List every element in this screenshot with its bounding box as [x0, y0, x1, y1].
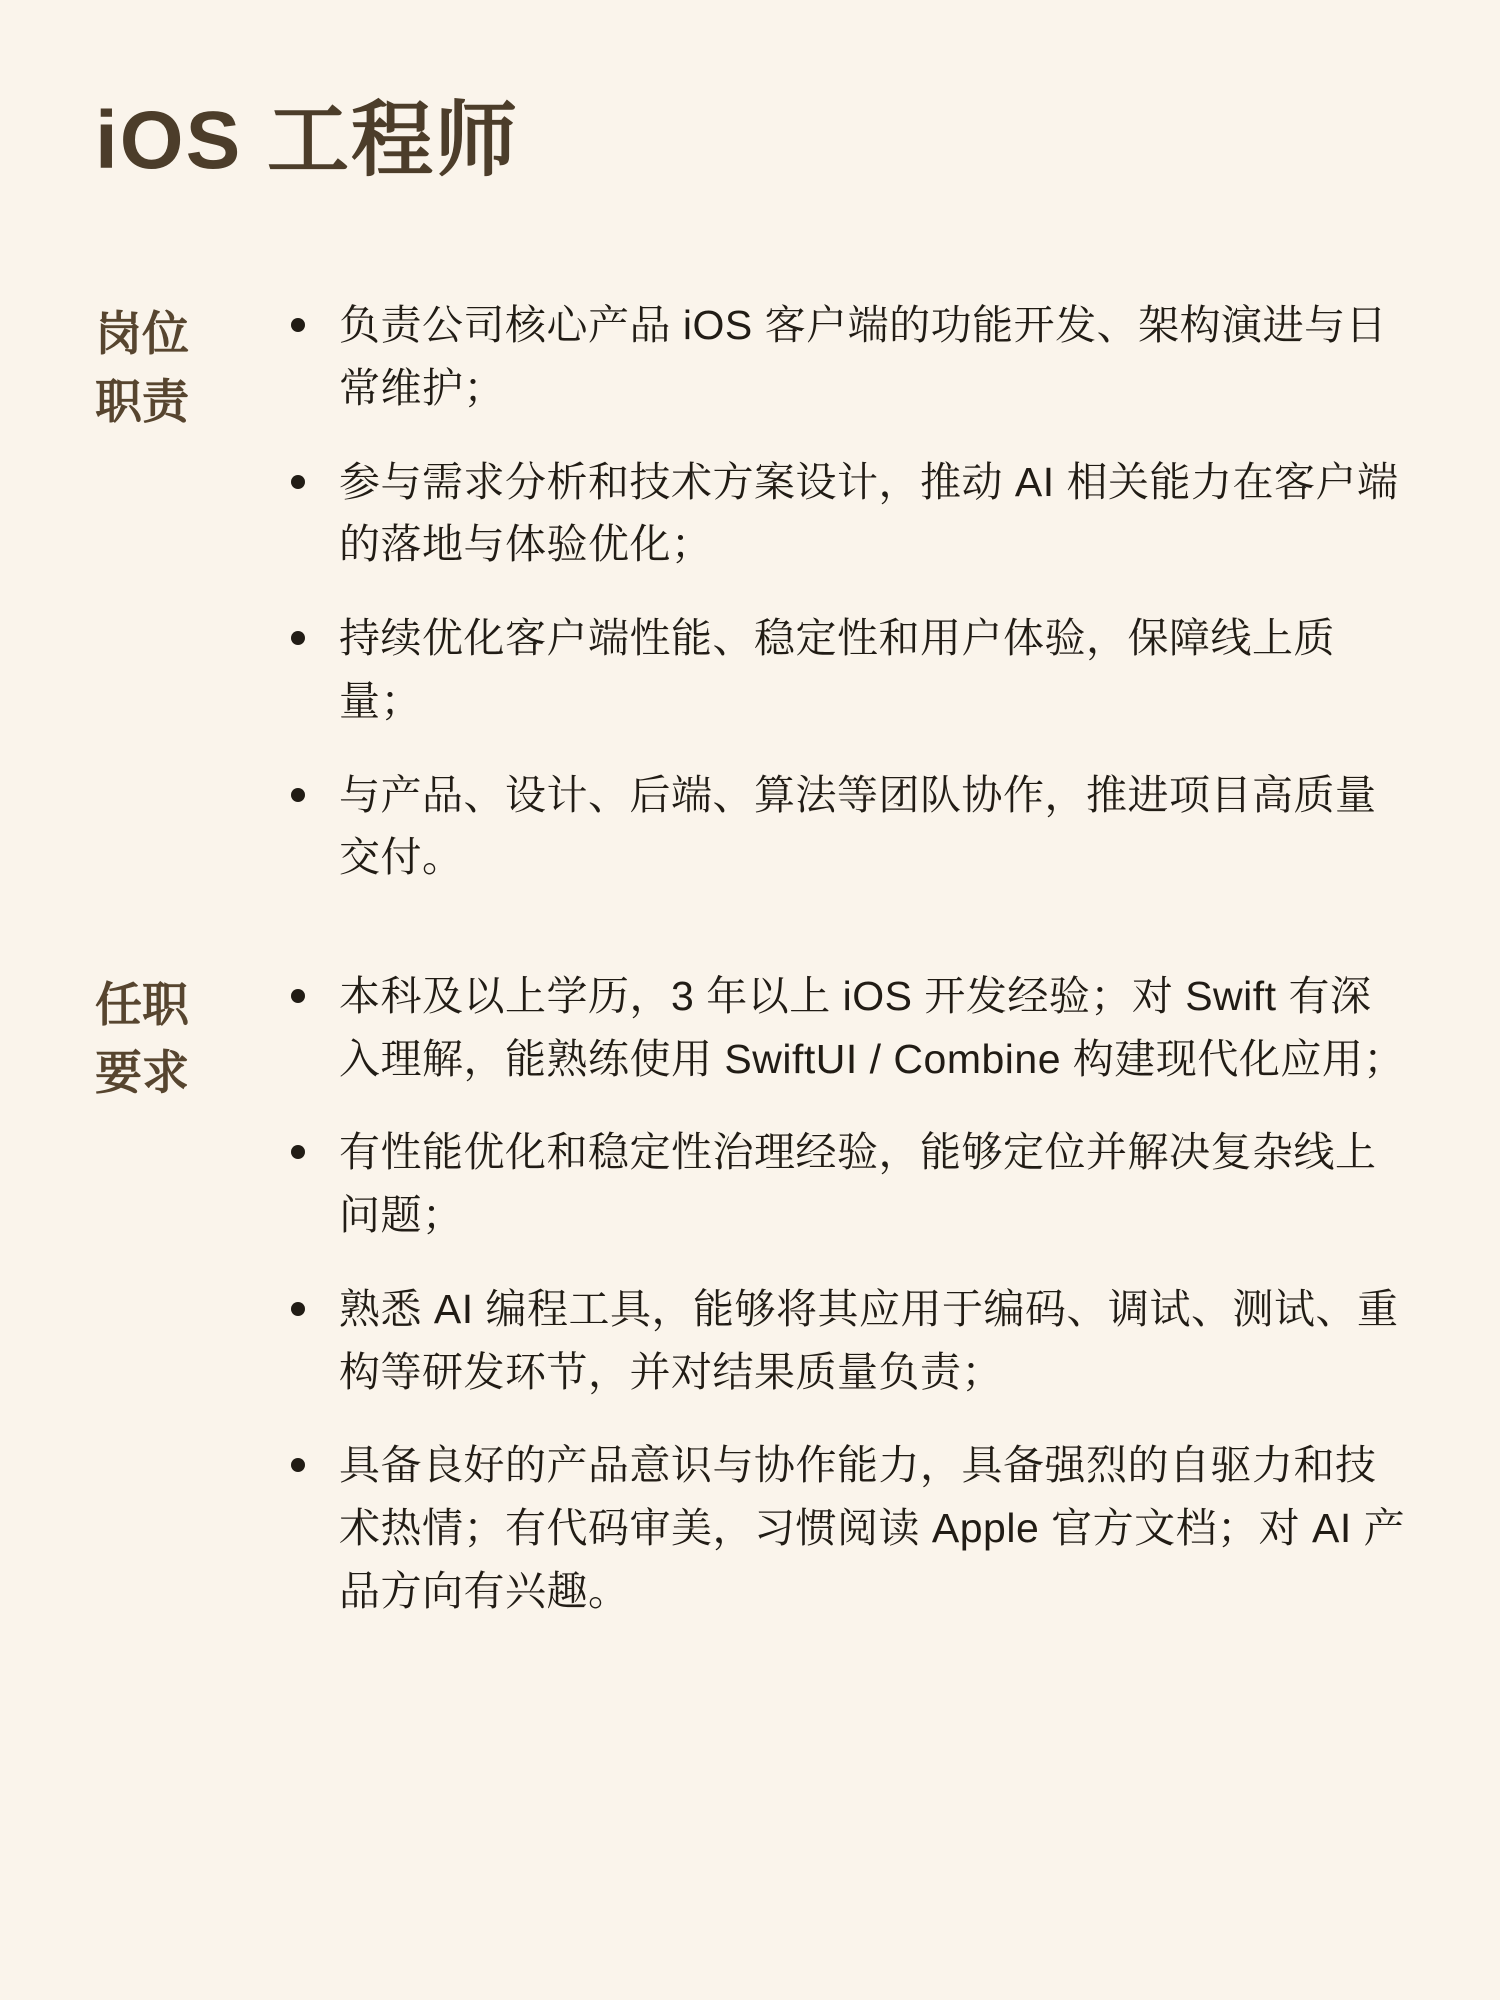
list-item: 持续优化客户端性能、稳定性和用户体验，保障线上质量；: [287, 607, 1407, 732]
responsibilities-list: 负责公司核心产品 iOS 客户端的功能开发、架构演进与日常维护； 参与需求分析和…: [287, 294, 1407, 889]
list-item: 有性能优化和稳定性治理经验，能够定位并解决复杂线上问题；: [287, 1121, 1407, 1246]
section-label-line: 职责: [95, 368, 287, 436]
list-item: 具备良好的产品意识与协作能力，具备强烈的自驱力和技术热情；有代码审美，习惯阅读 …: [287, 1434, 1407, 1622]
requirements-list: 本科及以上学历，3 年以上 iOS 开发经验；对 Swift 有深入理解，能熟练…: [287, 965, 1407, 1622]
section-requirements: 任职 要求 本科及以上学历，3 年以上 iOS 开发经验；对 Swift 有深入…: [95, 965, 1430, 1622]
section-label-line: 岗位: [95, 300, 287, 368]
section-responsibilities: 岗位 职责 负责公司核心产品 iOS 客户端的功能开发、架构演进与日常维护； 参…: [95, 294, 1430, 889]
list-item: 参与需求分析和技术方案设计，推动 AI 相关能力在客户端的落地与体验优化；: [287, 451, 1407, 576]
list-item: 负责公司核心产品 iOS 客户端的功能开发、架构演进与日常维护；: [287, 294, 1407, 419]
list-item: 与产品、设计、后端、算法等团队协作，推进项目高质量交付。: [287, 764, 1407, 889]
list-item: 熟悉 AI 编程工具，能够将其应用于编码、调试、测试、重构等研发环节，并对结果质…: [287, 1278, 1407, 1403]
job-posting-page: iOS 工程师 岗位 职责 负责公司核心产品 iOS 客户端的功能开发、架构演进…: [0, 0, 1500, 2000]
section-label-line: 要求: [95, 1039, 287, 1107]
page-title: iOS 工程师: [95, 96, 1430, 186]
section-label-responsibilities: 岗位 职责: [95, 294, 287, 436]
list-item: 本科及以上学历，3 年以上 iOS 开发经验；对 Swift 有深入理解，能熟练…: [287, 965, 1407, 1090]
section-label-line: 任职: [95, 971, 287, 1039]
section-label-requirements: 任职 要求: [95, 965, 287, 1107]
